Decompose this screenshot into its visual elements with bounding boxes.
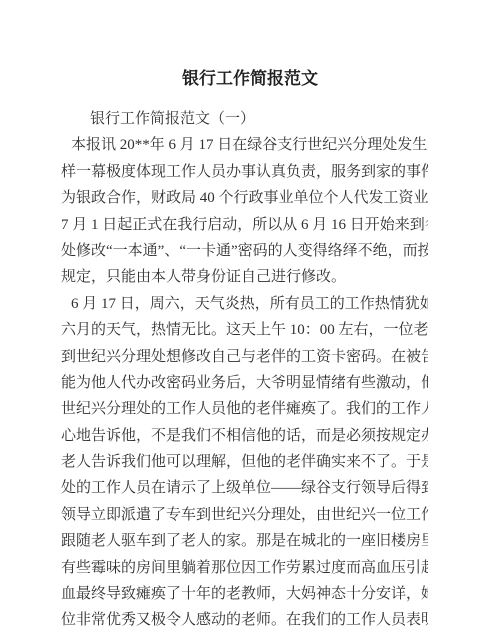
document-page: 银行工作简报范文 银行工作简报范文（一） 本报讯 20**年 6 月 17 日在… — [0, 0, 500, 637]
text-line: 能为他人代办改密码业务后，大爷明显情绪有些激动，他告诉 — [61, 370, 428, 396]
text-line: 位非常优秀又极令人感动的老师。在我们的工作人员表明了来 — [61, 607, 428, 633]
text-line: 样一幕极度体现工作人员办事认真负责，服务到家的事件。因 — [61, 159, 428, 185]
document-title: 银行工作简报范文 — [0, 66, 500, 92]
text-line: 规定，只能由本人带身份证自己进行修改。 — [61, 264, 428, 290]
text-line: 六月的天气，热情无比。这天上午 10：00 左右，一位老大爷来 — [61, 317, 428, 343]
text-line: 领导立即派遣了专车到世纪兴分理处，由世纪兴一位工作人员 — [61, 502, 428, 528]
text-line: 到世纪兴分理处想修改自己与老伴的工资卡密码。在被告之不 — [61, 344, 428, 370]
text-line: 为银政合作，财政局 40 个行政事业单位个人代发工资业务将于 — [61, 185, 428, 211]
text-line: 处修改“一本通”、“一卡通”密码的人变得络绎不绝，而按照 — [61, 238, 428, 264]
text-line: 心地告诉他，不是我们不相信他的话，而是必须按规定办事。 — [61, 423, 428, 449]
text-line: 有些霉味的房间里躺着那位因工作劳累过度而高血压引起脑出 — [61, 555, 428, 581]
text-line: 跟随老人驱车到了老人的家。那是在城北的一座旧楼房里，略 — [61, 528, 428, 554]
text-line: 处的工作人员在请示了上级单位——绿谷支行领导后得到支援， — [61, 475, 428, 501]
text-line: 7 月 1 日起正式在我行启动，所以从 6 月 16 日开始来到各分理 — [61, 212, 428, 238]
text-line: 老人告诉我们他可以理解，但他的老伴确实来不了。于是分理 — [61, 449, 428, 475]
document-body: 银行工作简报范文（一） 本报讯 20**年 6 月 17 日在绿谷支行世纪兴分理… — [0, 106, 500, 634]
text-line: 本报讯 20**年 6 月 17 日在绿谷支行世纪兴分理处发生这 — [61, 132, 428, 158]
text-line: 世纪兴分理处的工作人员他的老伴瘫痪了。我们的工作人员耐 — [61, 396, 428, 422]
text-line: 6 月 17 日，周六，天气炎热，所有员工的工作热情犹如这 — [61, 291, 428, 317]
text-line: 银行工作简报范文（一） — [61, 106, 428, 132]
text-line: 血最终导致瘫痪了十年的老教师，大妈神态十分安详，她是一 — [61, 581, 428, 607]
